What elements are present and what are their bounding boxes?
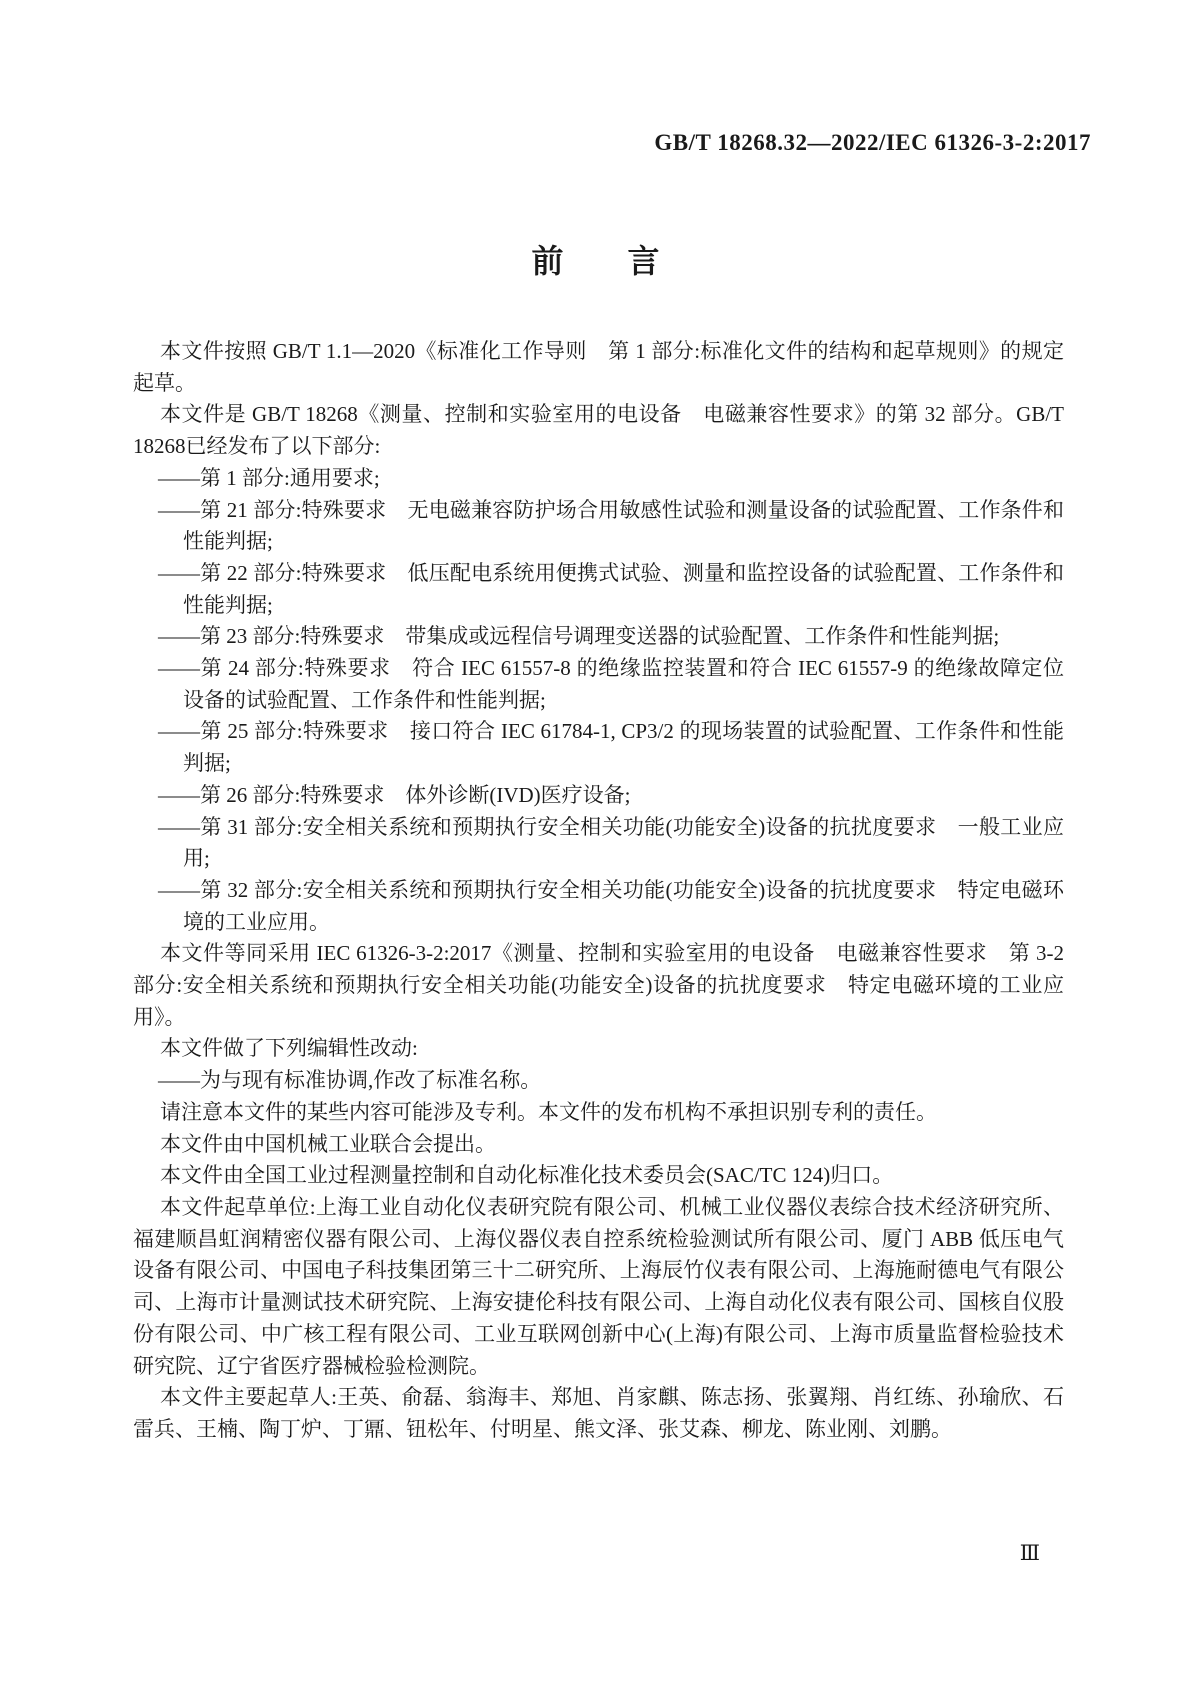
foreword-list-item: ——第 32 部分:安全相关系统和预期执行安全相关功能(功能安全)设备的抗扰度要… [183,875,1064,938]
page-number: Ⅲ [1020,1541,1040,1566]
foreword-paragraph: 本文件起草单位:上海工业自动化仪表研究院有限公司、机械工业仪器仪表综合技术经济研… [133,1192,1064,1382]
foreword-list-item: ——第 21 部分:特殊要求 无电磁兼容防护场合用敏感性试验和测量设备的试验配置… [183,495,1064,558]
foreword-paragraph: 本文件由中国机械工业联合会提出。 [133,1129,1064,1161]
standard-document-page: GB/T 18268.32—2022/IEC 61326-3-2:2017 前 … [0,0,1191,1684]
foreword-list-item: ——第 31 部分:安全相关系统和预期执行安全相关功能(功能安全)设备的抗扰度要… [183,812,1064,875]
foreword-list-item: ——第 25 部分:特殊要求 接口符合 IEC 61784-1, CP3/2 的… [183,716,1064,779]
foreword-list-item: ——第 23 部分:特殊要求 带集成或远程信号调理变送器的试验配置、工作条件和性… [183,621,1064,653]
document-code: GB/T 18268.32—2022/IEC 61326-3-2:2017 [133,130,1091,156]
foreword-paragraph: 本文件等同采用 IEC 61326-3-2:2017《测量、控制和实验室用的电设… [133,938,1064,1033]
foreword-list-item: ——第 26 部分:特殊要求 体外诊断(IVD)医疗设备; [183,780,1064,812]
foreword-list-item: ——为与现有标准协调,作改了标准名称。 [183,1065,1064,1097]
foreword-paragraph: 本文件由全国工业过程测量控制和自动化标准化技术委员会(SAC/TC 124)归口… [133,1160,1064,1192]
foreword-list-item: ——第 22 部分:特殊要求 低压配电系统用便携式试验、测量和监控设备的试验配置… [183,558,1064,621]
foreword-paragraph: 本文件做了下列编辑性改动: [133,1033,1064,1065]
foreword-paragraph: 本文件是 GB/T 18268《测量、控制和实验室用的电设备 电磁兼容性要求》的… [133,399,1064,462]
foreword-list-item: ——第 24 部分:特殊要求 符合 IEC 61557-8 的绝缘监控装置和符合… [183,653,1064,716]
foreword-paragraph: 本文件按照 GB/T 1.1—2020《标准化工作导则 第 1 部分:标准化文件… [133,336,1064,399]
foreword-paragraph: 请注意本文件的某些内容可能涉及专利。本文件的发布机构不承担识别专利的责任。 [133,1097,1064,1129]
page-title: 前 言 [0,236,1191,282]
foreword-list-item: ——第 1 部分:通用要求; [183,463,1064,495]
foreword-paragraph: 本文件主要起草人:王英、俞磊、翁海丰、郑旭、肖家麒、陈志扬、张翼翔、肖红练、孙瑜… [133,1382,1064,1445]
foreword-body: 本文件按照 GB/T 1.1—2020《标准化工作导则 第 1 部分:标准化文件… [133,336,1064,1446]
